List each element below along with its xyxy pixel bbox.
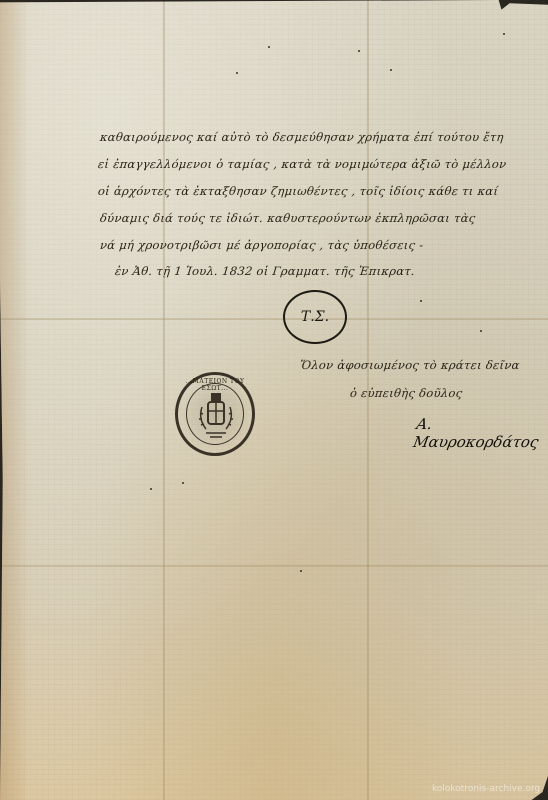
circled-mark: Τ.Σ. (283, 290, 347, 344)
text-line-6: ἐν Ἀθ. τῇ 1 Ἰουλ. 1832 οἱ Γραμματ. τῆς Ἐ… (114, 264, 416, 278)
closing-line-1: Ὅλον ἀφοσιωμένος τὸ κράτει δεῖνα (299, 358, 520, 372)
manuscript-page: καθαιρούμενος καί αὐτὸ τὸ δεσμεύθησαν χρ… (0, 0, 548, 800)
royal-coat-of-arms-icon (196, 389, 236, 441)
circled-mark-text: Τ.Σ. (301, 309, 329, 325)
closing-line-2: ὁ εὐπειθὴς δοῦλος (349, 386, 463, 400)
text-line-2: εἰ ἐπαγγελλόμενοι ὁ ταμίας , κατὰ τὰ νομ… (97, 157, 507, 171)
fold-line-vertical (367, 0, 369, 800)
text-line-5: νά μή χρονοτριβῶσι μέ ἀργοπορίας , τὰς ὑ… (99, 238, 424, 252)
archive-watermark: kolokotronis-archive.org (432, 784, 540, 794)
text-line-1: καθαιρούμενος καί αὐτὸ τὸ δεσμεύθησαν χρ… (99, 130, 504, 144)
signature: Α. Μαυροκορδάτος (412, 415, 548, 451)
official-seal: ...ΜΑΤΕΙΟΝ ΤΟΥ ΕΣΩΤ... (175, 372, 255, 456)
fold-line-horizontal (0, 318, 548, 320)
fold-line-horizontal (0, 565, 548, 567)
edge-stain (0, 0, 30, 800)
text-line-4: δύναμις διά τούς τε ἰδιώτ. καθυστερούντω… (99, 211, 476, 225)
text-line-3: οἱ ἀρχόντες τὰ ἐκταξθησαν ζημιωθέντες , … (97, 184, 499, 198)
fold-line-vertical (163, 0, 165, 800)
